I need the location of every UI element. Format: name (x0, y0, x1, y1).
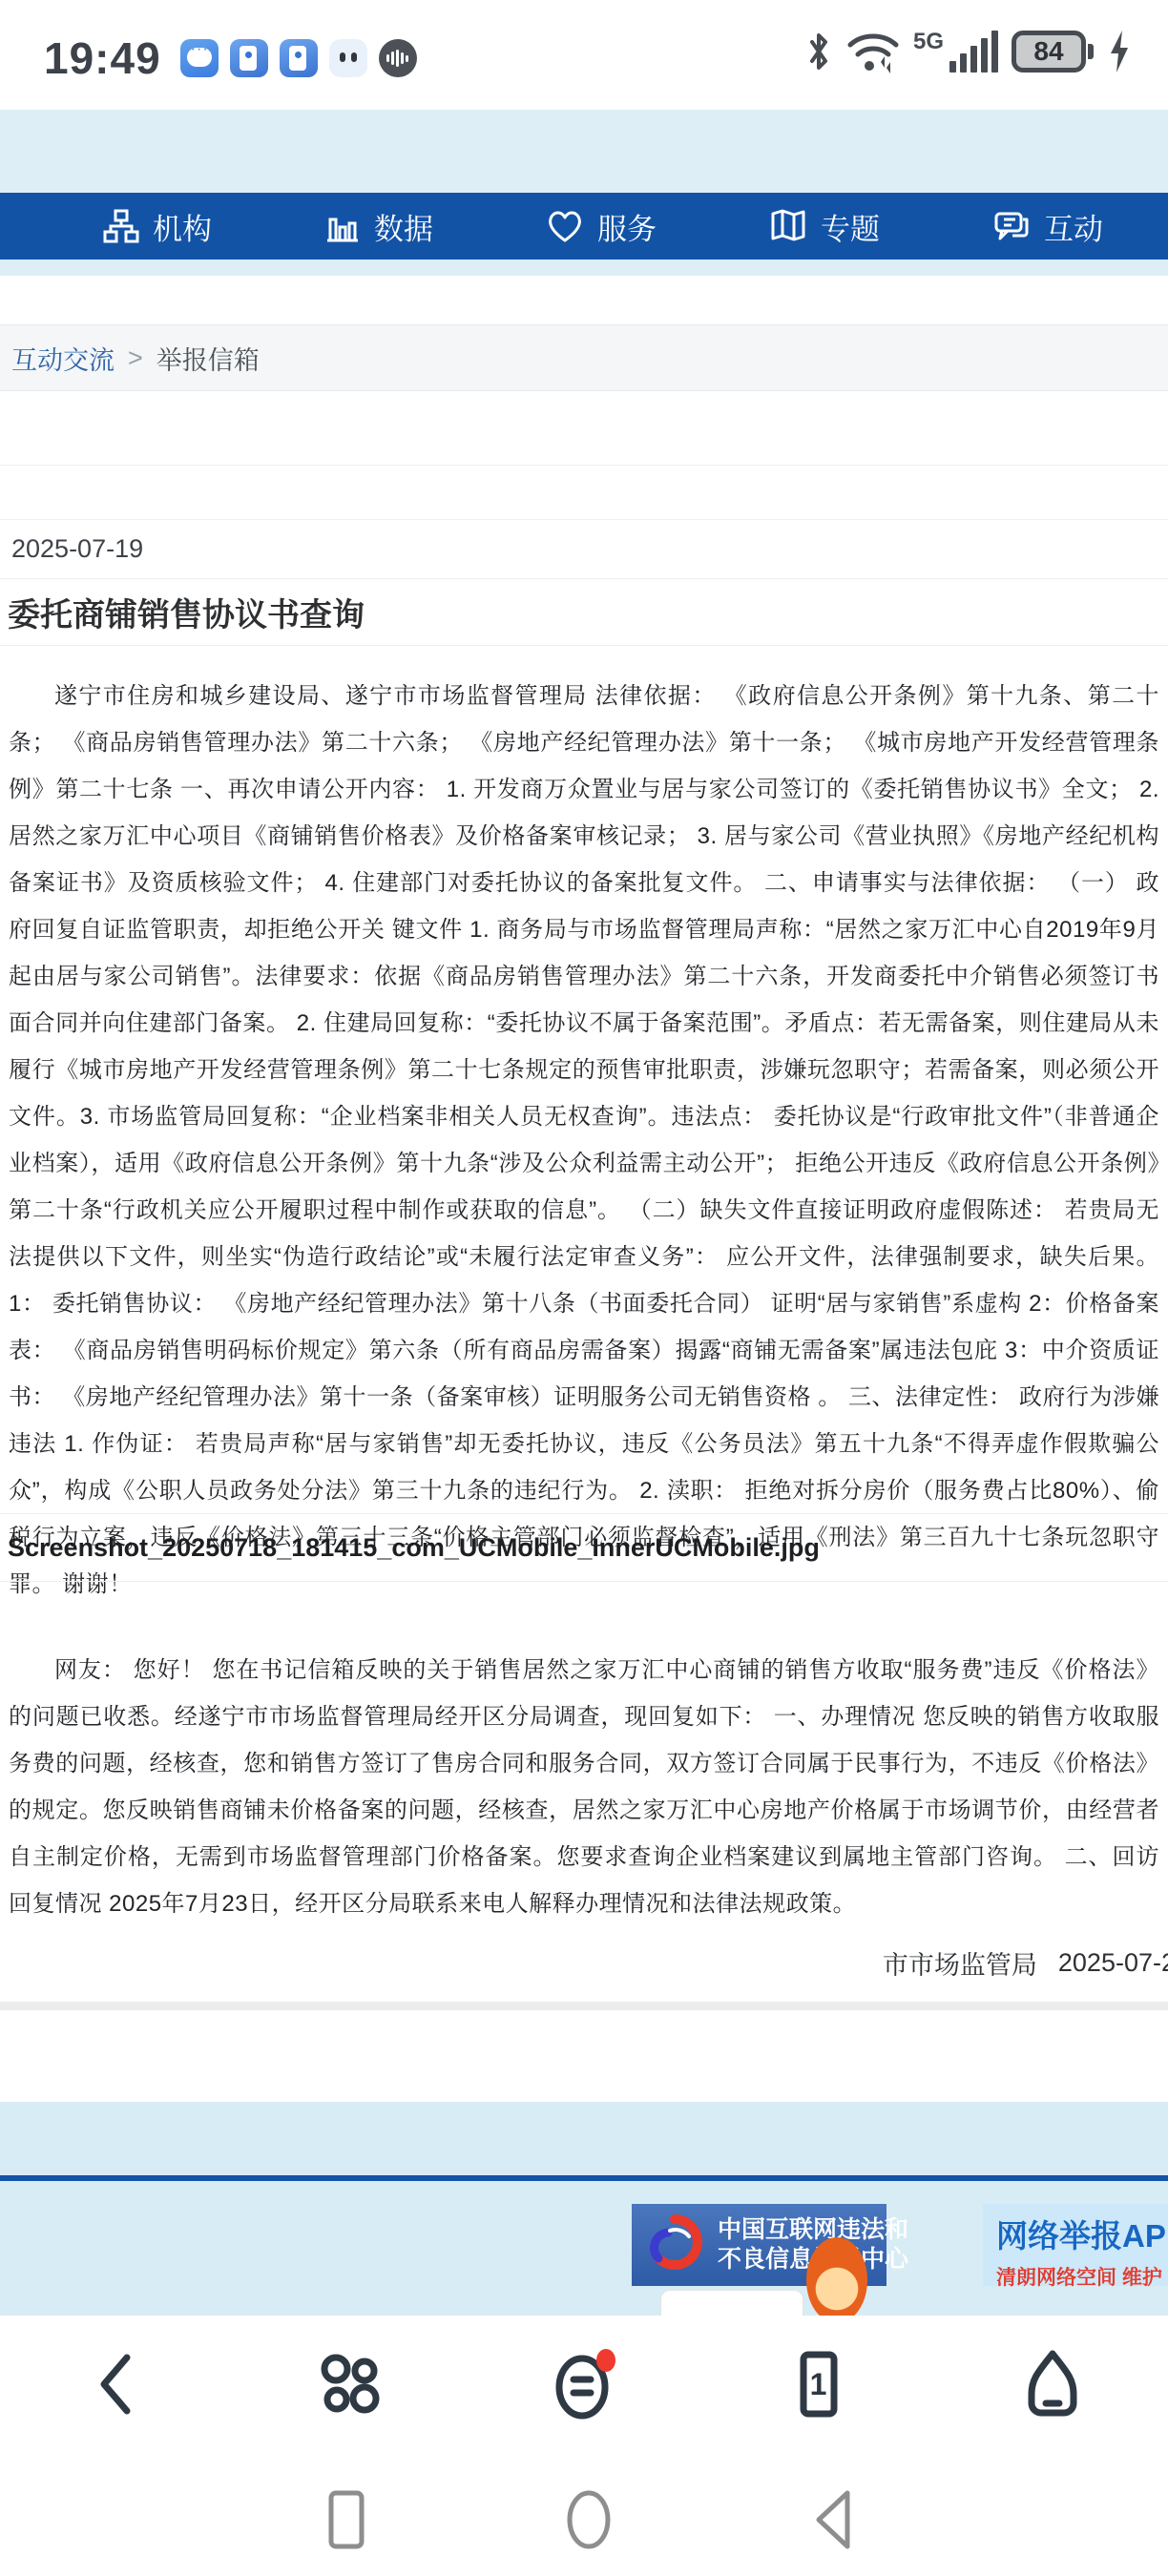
empty-row (0, 392, 1168, 466)
home-shield-icon (1018, 2348, 1087, 2420)
reply-section: 网友： 您好！ 您在书记信箱反映的关于销售居然之家万汇中心商铺的销售方收取“服务… (0, 1633, 1168, 1927)
header-band-bottom (0, 260, 1168, 276)
signal-bars-icon (949, 31, 998, 73)
browser-menu-button[interactable] (547, 2347, 621, 2421)
browser-tabs-button[interactable]: 1 (782, 2347, 856, 2421)
footer-accent-line (0, 2175, 1168, 2181)
battery-percent: 84 (1033, 36, 1063, 67)
browser-toolbar: 1 (0, 2316, 1168, 2473)
post-title: 委托商铺销售协议书查询 (8, 589, 365, 635)
phone-screen: 19:49 5G 84 (0, 0, 1168, 2576)
reply-signer: 市市场监管局 (883, 1944, 1037, 1982)
section-divider (0, 2002, 1168, 2010)
nav-item-label: 机构 (153, 205, 212, 248)
recorder-notification-icon (379, 39, 417, 77)
nav-item-orgs[interactable]: 机构 (103, 205, 212, 248)
nav-item-services[interactable]: 服务 (546, 205, 657, 248)
page-footer: 中国互联网违法和 不良信息举报中心 网络举报APP下 清朗网络空间 维护 (0, 2102, 1168, 2316)
post-date: 2025-07-19 (11, 534, 143, 564)
reply-body-text: 网友： 您好！ 您在书记信箱反映的关于销售居然之家万汇中心商铺的销售方收取“服务… (9, 1647, 1159, 1927)
bluetooth-icon (804, 31, 833, 73)
banner2-line2: 清朗网络空间 维护 (996, 2262, 1168, 2291)
empty-row (0, 466, 1168, 520)
nav-item-interaction[interactable]: 互动 (992, 205, 1103, 248)
app-notification-icon (280, 39, 318, 77)
reply-date: 2025-07-2 (1058, 1948, 1168, 1978)
site-navbar: 机构 数据 服务 专题 互动 (0, 193, 1168, 260)
partial-round-logo (806, 2237, 867, 2316)
breadcrumb: 互动交流 > 举报信箱 (0, 324, 1168, 391)
header-band (0, 110, 1168, 193)
network-type-label: 5G (913, 29, 944, 55)
nav-item-label: 专题 (821, 205, 880, 248)
browser-home-button[interactable] (1015, 2347, 1090, 2421)
reply-signature-row: 市市场监管局 2025-07-2 (0, 1939, 1168, 1986)
app-notification-icon (230, 39, 268, 77)
battery-indicator: 84 (1012, 31, 1094, 73)
clover-menu-icon (314, 2348, 386, 2420)
heart-icon (546, 208, 584, 244)
android-nav-bar (0, 2473, 1168, 2576)
tab-count: 1 (782, 2347, 856, 2421)
post-date-row: 2025-07-19 (0, 520, 1168, 579)
back-chevron-icon (89, 2350, 142, 2419)
nav-item-data[interactable]: 数据 (324, 205, 433, 248)
nav-item-label: 服务 (597, 205, 657, 248)
breadcrumb-current-page: 举报信箱 (156, 340, 260, 377)
browser-extensions-button[interactable] (313, 2347, 387, 2421)
notification-badge (596, 2349, 615, 2372)
post-title-row: 委托商铺销售协议书查询 (0, 579, 1168, 646)
back-button[interactable] (811, 2488, 855, 2551)
bar-chart-icon (324, 208, 361, 244)
clock: 19:49 (44, 32, 161, 84)
nav-item-topics[interactable]: 专题 (769, 205, 880, 248)
chat-notification-icon (180, 39, 219, 77)
breadcrumb-separator: > (128, 343, 143, 373)
nav-item-label: 数据 (374, 205, 433, 248)
map-book-icon (769, 208, 807, 244)
wifi-icon (846, 30, 900, 73)
breadcrumb-link-interaction[interactable]: 互动交流 (11, 340, 115, 377)
attachment-filename[interactable]: Screenshot_20250718_181415_com_UCMobile_… (8, 1533, 820, 1563)
org-chart-icon (103, 208, 139, 244)
home-button[interactable] (565, 2488, 613, 2551)
post-body-text: 遂宁市住房和城乡建设局、遂宁市市场监督管理局 法律依据： 《政府信息公开条例》第… (9, 673, 1159, 1608)
report-center-logo-icon (641, 2212, 708, 2278)
attachment-row[interactable]: Screenshot_20250718_181415_com_UCMobile_… (0, 1513, 1168, 1582)
recents-button[interactable] (325, 2488, 367, 2551)
status-bar: 19:49 5G 84 (0, 0, 1168, 110)
post-body-section: 遂宁市住房和城乡建设局、遂宁市市场监督管理局 法律依据： 《政府信息公开条例》第… (0, 659, 1168, 1608)
partial-banner-card (660, 2290, 803, 2316)
nav-item-label: 互动 (1044, 205, 1103, 248)
browser-back-button[interactable] (78, 2347, 153, 2421)
report-app-banner[interactable]: 网络举报APP下 清朗网络空间 维护 (983, 2204, 1168, 2286)
banner2-line1: 网络举报APP下 (996, 2212, 1168, 2256)
assistant-notification-icon (329, 39, 367, 77)
charging-bolt-icon (1107, 29, 1132, 74)
chat-bubbles-icon (992, 208, 1031, 244)
banner1-line1: 中国互联网违法和 (718, 2216, 908, 2243)
